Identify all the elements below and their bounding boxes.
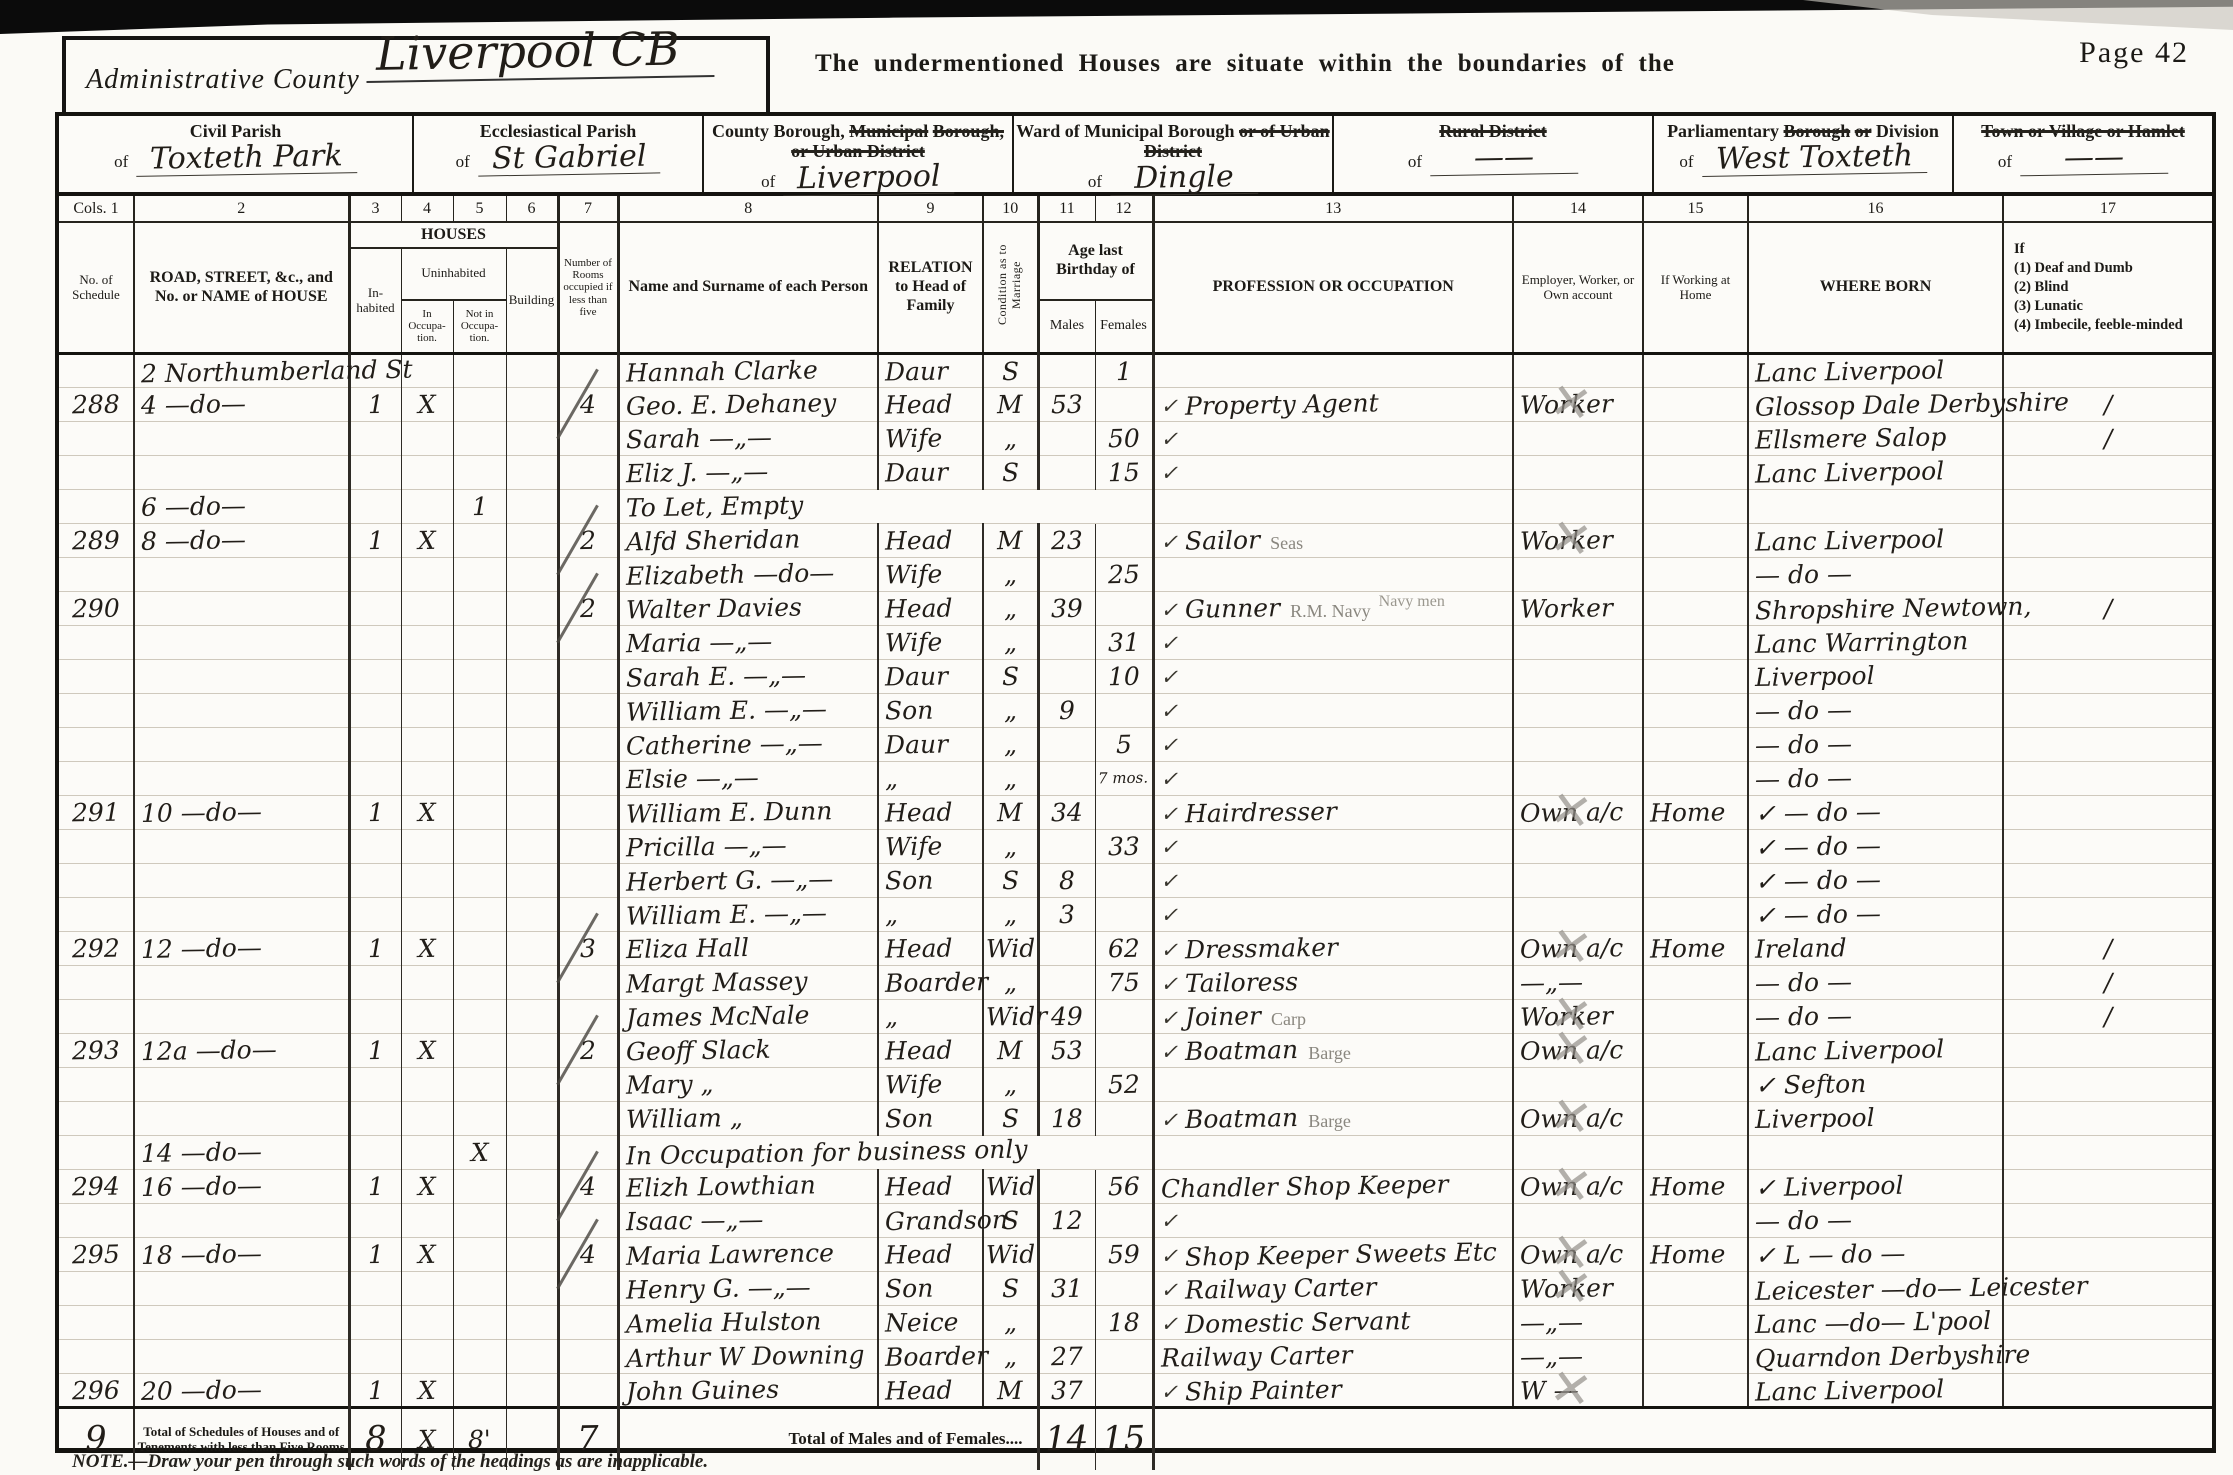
table-row: 2902Walter DaviesHead„39✓GunnerR.M. Navy… bbox=[59, 592, 2212, 626]
cell-h bbox=[1643, 762, 1748, 796]
cell-c: „ bbox=[983, 592, 1038, 626]
cell-r bbox=[134, 898, 349, 932]
cell-e: Worker bbox=[1513, 1000, 1643, 1034]
cell-rm bbox=[558, 728, 618, 762]
scan-artifact-corner bbox=[1803, 0, 2233, 30]
cell-e: —„— bbox=[1513, 1306, 1643, 1340]
table-row: 29212 —do—1X3Eliza HallHeadWid62✓Dressma… bbox=[59, 932, 2212, 966]
cell-h bbox=[1643, 592, 1748, 626]
header-condition: Condition as to Marriage bbox=[983, 222, 1038, 354]
cell-b bbox=[506, 932, 558, 966]
cell-h bbox=[1643, 1204, 1748, 1238]
header-employer: Employer, Worker, or Own account bbox=[1513, 222, 1643, 354]
cell-p: ✓BoatmanBarge bbox=[1153, 1034, 1513, 1068]
cell-h bbox=[1643, 388, 1748, 422]
cell-inf bbox=[2003, 1340, 2212, 1374]
cell-o5 bbox=[453, 1238, 506, 1272]
cell-inf: / bbox=[2003, 966, 2212, 1000]
cell-r bbox=[134, 558, 349, 592]
district-label: Ecclesiastical Parish bbox=[414, 121, 702, 141]
table-row: Henry G. —„—SonS31✓Railway CarterWorkerL… bbox=[59, 1272, 2212, 1306]
cell-e bbox=[1513, 1136, 1643, 1170]
table-row: Isaac —„—GrandsonS12✓— do — bbox=[59, 1204, 2212, 1238]
cell-f: 50 bbox=[1095, 422, 1153, 456]
cell-m bbox=[1038, 932, 1095, 966]
cell-p: ✓ bbox=[1153, 626, 1513, 660]
cell-p: ✓ bbox=[1153, 864, 1513, 898]
cell-c: S bbox=[983, 354, 1038, 388]
cell-n: Maria —„— bbox=[618, 626, 878, 660]
cell-c: Wid bbox=[983, 1238, 1038, 1272]
cell-o5 bbox=[453, 1034, 506, 1068]
cell-p: ✓ bbox=[1153, 694, 1513, 728]
cell-o4: X bbox=[401, 796, 453, 830]
cell-n: Sarah E. —„— bbox=[618, 660, 878, 694]
cell-f: 5 bbox=[1095, 728, 1153, 762]
cell-b bbox=[506, 1068, 558, 1102]
district-value: West Toxteth bbox=[1701, 140, 1927, 176]
cell-r bbox=[134, 728, 349, 762]
cell-b bbox=[506, 1340, 558, 1374]
cell-rm: 2 bbox=[558, 524, 618, 558]
header-home: If Working at Home bbox=[1643, 222, 1748, 354]
cell-m: 8 bbox=[1038, 864, 1095, 898]
cell-n: Margt Massey bbox=[618, 966, 878, 1000]
cell-b bbox=[506, 490, 558, 524]
cell-e: —„— bbox=[1513, 1340, 1643, 1374]
cell-b bbox=[506, 830, 558, 864]
cell-h bbox=[1643, 898, 1748, 932]
cell-c: Widr bbox=[983, 1000, 1038, 1034]
cell-s bbox=[59, 1136, 134, 1170]
cell-s: 291 bbox=[59, 796, 134, 830]
cell-r bbox=[134, 694, 349, 728]
cell-i bbox=[349, 1306, 401, 1340]
cell-inf: / bbox=[2003, 422, 2212, 456]
cell-h: Home bbox=[1643, 1170, 1748, 1204]
cell-w: Glossop Dale Derbyshire bbox=[1748, 388, 2003, 422]
cell-m bbox=[1038, 422, 1095, 456]
cell-m: 37 bbox=[1038, 1374, 1095, 1408]
cell-f: 31 bbox=[1095, 626, 1153, 660]
cell-w: Lanc Liverpool bbox=[1748, 1374, 2003, 1408]
cell-o5 bbox=[453, 422, 506, 456]
cell-p: ✓ bbox=[1153, 762, 1513, 796]
cell-p: ✓ bbox=[1153, 660, 1513, 694]
cell-c: „ bbox=[983, 762, 1038, 796]
cell-o5 bbox=[453, 1340, 506, 1374]
column-number-7: 7 bbox=[558, 196, 618, 222]
table-row: 2898 —do—1X2Alfd SheridanHeadM23✓SailorS… bbox=[59, 524, 2212, 558]
cell-p: ✓SailorSeas bbox=[1153, 524, 1513, 558]
cell-m bbox=[1038, 354, 1095, 388]
cell-inf bbox=[2003, 524, 2212, 558]
cell-n: William E. Dunn bbox=[618, 796, 878, 830]
boundary-sentence: The undermentioned Houses are situate wi… bbox=[815, 50, 1675, 78]
cell-rel: Head bbox=[878, 1034, 983, 1068]
cell-r: 6 —do— bbox=[134, 490, 349, 524]
cell-m: 49 bbox=[1038, 1000, 1095, 1034]
column-number-6: 6 bbox=[506, 196, 558, 222]
cell-s bbox=[59, 728, 134, 762]
cell-rel: Head bbox=[878, 1374, 983, 1408]
cell-f bbox=[1095, 694, 1153, 728]
cell-o4 bbox=[401, 422, 453, 456]
district-cell-2: County Borough, Municipal Borough, or Ur… bbox=[704, 116, 1014, 192]
cell-m: 39 bbox=[1038, 592, 1095, 626]
census-page: Administrative County Liverpool CB The u… bbox=[0, 0, 2233, 1475]
column-number-14: 14 bbox=[1513, 196, 1643, 222]
cell-i bbox=[349, 762, 401, 796]
cell-w: — do — bbox=[1748, 1000, 2003, 1034]
cell-c: „ bbox=[983, 830, 1038, 864]
cell-o5 bbox=[453, 660, 506, 694]
cell-e: Worker bbox=[1513, 1272, 1643, 1306]
cell-rel: Head bbox=[878, 388, 983, 422]
cell-s bbox=[59, 762, 134, 796]
cell-h bbox=[1643, 354, 1748, 388]
cell-i bbox=[349, 558, 401, 592]
cell-h bbox=[1643, 1000, 1748, 1034]
cell-i bbox=[349, 354, 401, 388]
cell-h bbox=[1643, 864, 1748, 898]
cell-rm bbox=[558, 1306, 618, 1340]
cell-w bbox=[1748, 490, 2003, 524]
cell-b bbox=[506, 524, 558, 558]
cell-n: Amelia Hulston bbox=[618, 1306, 878, 1340]
cell-o5 bbox=[453, 524, 506, 558]
cell-w: Lanc Warrington bbox=[1748, 626, 2003, 660]
cell-w: Ireland bbox=[1748, 932, 2003, 966]
cell-n: Elsie —„— bbox=[618, 762, 878, 796]
cell-o4 bbox=[401, 626, 453, 660]
cell-r bbox=[134, 456, 349, 490]
header-inhabited: In-habited bbox=[349, 248, 401, 354]
cell-p: Chandler Shop Keeper bbox=[1153, 1170, 1513, 1204]
cell-e bbox=[1513, 456, 1643, 490]
cell-rel: Daur bbox=[878, 728, 983, 762]
district-cell-0: Civil ParishofToxteth Park bbox=[59, 116, 414, 192]
cell-inf bbox=[2003, 762, 2212, 796]
cell-rel: Wife bbox=[878, 558, 983, 592]
cell-e bbox=[1513, 422, 1643, 456]
cell-c: S bbox=[983, 864, 1038, 898]
table-row: Eliz J. —„—DaurS15✓Lanc Liverpool bbox=[59, 456, 2212, 490]
cell-c: „ bbox=[983, 728, 1038, 762]
cell-s bbox=[59, 354, 134, 388]
cell-h bbox=[1643, 966, 1748, 1000]
cell-o5 bbox=[453, 898, 506, 932]
cell-n: Sarah —„— bbox=[618, 422, 878, 456]
cell-i bbox=[349, 1272, 401, 1306]
census-sheet: Civil ParishofToxteth ParkEcclesiastical… bbox=[55, 112, 2216, 1453]
cell-o4 bbox=[401, 864, 453, 898]
header-males: Males bbox=[1038, 300, 1095, 354]
cell-o5 bbox=[453, 728, 506, 762]
cell-inf bbox=[2003, 456, 2212, 490]
cell-b bbox=[506, 966, 558, 1000]
cell-s bbox=[59, 422, 134, 456]
cell-m: 31 bbox=[1038, 1272, 1095, 1306]
cell-r bbox=[134, 830, 349, 864]
cell-o4: X bbox=[401, 932, 453, 966]
cell-n: William „ bbox=[618, 1102, 878, 1136]
cell-e bbox=[1513, 694, 1643, 728]
cell-o5 bbox=[453, 1272, 506, 1306]
cell-m bbox=[1038, 626, 1095, 660]
cell-w: Lanc Liverpool bbox=[1748, 456, 2003, 490]
cell-h bbox=[1643, 1136, 1748, 1170]
cell-h bbox=[1643, 558, 1748, 592]
cell-o4: X bbox=[401, 524, 453, 558]
table-header: Cols. 1234567891011121314151617 No. of S… bbox=[59, 196, 2212, 354]
cell-b bbox=[506, 796, 558, 830]
district-cell-4: Rural Districtof—— bbox=[1334, 116, 1654, 192]
cell-inf bbox=[2003, 1306, 2212, 1340]
cell-i bbox=[349, 1102, 401, 1136]
cell-rm bbox=[558, 1374, 618, 1408]
cell-o5 bbox=[453, 388, 506, 422]
cell-rel: Wife bbox=[878, 1068, 983, 1102]
cell-b bbox=[506, 898, 558, 932]
cell-inf: / bbox=[2003, 592, 2212, 626]
cell-o5 bbox=[453, 1170, 506, 1204]
cell-r bbox=[134, 762, 349, 796]
cell-n: In Occupation for business only bbox=[618, 1136, 1153, 1170]
cell-b bbox=[506, 762, 558, 796]
cell-rel: „ bbox=[878, 1000, 983, 1034]
cell-m bbox=[1038, 830, 1095, 864]
district-value: —— bbox=[2020, 141, 2169, 176]
cell-rm bbox=[558, 796, 618, 830]
cell-e: Worker bbox=[1513, 388, 1643, 422]
cell-n: Eliz J. —„— bbox=[618, 456, 878, 490]
cell-f: 18 bbox=[1095, 1306, 1153, 1340]
cell-i: 1 bbox=[349, 388, 401, 422]
district-value: Toxteth Park bbox=[136, 140, 357, 176]
cell-p: Railway Carter bbox=[1153, 1340, 1513, 1374]
cell-s: 295 bbox=[59, 1238, 134, 1272]
cell-inf bbox=[2003, 1068, 2212, 1102]
cell-p: ✓Dressmaker bbox=[1153, 932, 1513, 966]
cell-n: Elizh Lowthian bbox=[618, 1170, 878, 1204]
cell-p bbox=[1153, 558, 1513, 592]
cell-o5 bbox=[453, 966, 506, 1000]
cell-c: S bbox=[983, 456, 1038, 490]
cell-o5 bbox=[453, 694, 506, 728]
cell-rel: Head bbox=[878, 592, 983, 626]
cell-f: 52 bbox=[1095, 1068, 1153, 1102]
cell-w: — do — bbox=[1748, 728, 2003, 762]
cell-p: ✓JoinerCarp bbox=[1153, 1000, 1513, 1034]
cell-w: Quarndon Derbyshire bbox=[1748, 1340, 2003, 1374]
cell-r: 2 Northumberland St bbox=[134, 354, 349, 388]
cell-s: 293 bbox=[59, 1034, 134, 1068]
cell-c: Wid bbox=[983, 1170, 1038, 1204]
district-cell-5: Parliamentary Borough or DivisionofWest … bbox=[1654, 116, 1954, 192]
cell-p: ✓Tailoress bbox=[1153, 966, 1513, 1000]
cell-inf bbox=[2003, 728, 2212, 762]
cell-f: 75 bbox=[1095, 966, 1153, 1000]
table-row: Sarah E. —„—DaurS10✓Liverpool bbox=[59, 660, 2212, 694]
cell-r bbox=[134, 1102, 349, 1136]
cell-s bbox=[59, 1204, 134, 1238]
header-profession: PROFESSION OR OCCUPATION bbox=[1153, 222, 1513, 354]
cell-rm bbox=[558, 660, 618, 694]
cell-h bbox=[1643, 1034, 1748, 1068]
cell-rel: Daur bbox=[878, 660, 983, 694]
column-number-10: 10 bbox=[983, 196, 1038, 222]
cell-rm: 4 bbox=[558, 1170, 618, 1204]
cell-f bbox=[1095, 524, 1153, 558]
cell-n: William E. —„— bbox=[618, 694, 878, 728]
district-header-row: Civil ParishofToxteth ParkEcclesiastical… bbox=[59, 116, 2212, 196]
cell-inf bbox=[2003, 1170, 2212, 1204]
cell-rel: Wife bbox=[878, 626, 983, 660]
cell-n: Henry G. —„— bbox=[618, 1272, 878, 1306]
cell-f: 56 bbox=[1095, 1170, 1153, 1204]
cell-h bbox=[1643, 830, 1748, 864]
table-row: Maria —„—Wife„31✓Lanc Warrington bbox=[59, 626, 2212, 660]
cell-inf bbox=[2003, 898, 2212, 932]
cell-f: 7 mos. bbox=[1095, 762, 1153, 796]
header-uninhabited: Uninhabited bbox=[401, 248, 506, 300]
cell-i bbox=[349, 490, 401, 524]
cell-o4 bbox=[401, 1000, 453, 1034]
cell-rel: Neice bbox=[878, 1306, 983, 1340]
cell-e: Own a/c bbox=[1513, 1170, 1643, 1204]
cell-e: Own a/c bbox=[1513, 932, 1643, 966]
cell-o4 bbox=[401, 592, 453, 626]
cell-rm bbox=[558, 864, 618, 898]
cell-c: M bbox=[983, 1374, 1038, 1408]
cell-h bbox=[1643, 1068, 1748, 1102]
header-not-in-occupation: Not in Occupa-tion. bbox=[453, 300, 506, 354]
cell-inf bbox=[2003, 1238, 2212, 1272]
cell-m bbox=[1038, 660, 1095, 694]
cell-rm bbox=[558, 1272, 618, 1306]
cell-r bbox=[134, 422, 349, 456]
cell-rel: Head bbox=[878, 1170, 983, 1204]
cell-rel: Head bbox=[878, 524, 983, 558]
table-row: 29416 —do—1X4Elizh LowthianHeadWid56Chan… bbox=[59, 1170, 2212, 1204]
administrative-county-label: Administrative County bbox=[86, 64, 360, 96]
district-cell-1: Ecclesiastical ParishofSt Gabriel bbox=[414, 116, 704, 192]
cell-o4 bbox=[401, 694, 453, 728]
cell-i bbox=[349, 1068, 401, 1102]
table-row: William E. —„—„„3✓✓ — do — bbox=[59, 898, 2212, 932]
cell-s bbox=[59, 558, 134, 592]
cell-w: ✓ — do — bbox=[1748, 864, 2003, 898]
cell-o4: X bbox=[401, 1170, 453, 1204]
cell-f bbox=[1095, 796, 1153, 830]
cell-o4 bbox=[401, 1068, 453, 1102]
cell-e bbox=[1513, 490, 1643, 524]
cell-f bbox=[1095, 592, 1153, 626]
table-row: Amelia HulstonNeice„18✓Domestic Servant—… bbox=[59, 1306, 2212, 1340]
column-number-3: 3 bbox=[349, 196, 401, 222]
cell-r: 4 —do— bbox=[134, 388, 349, 422]
cell-o5 bbox=[453, 1000, 506, 1034]
cell-c: „ bbox=[983, 966, 1038, 1000]
cell-h: Home bbox=[1643, 932, 1748, 966]
cell-m bbox=[1038, 558, 1095, 592]
cell-n: Eliza Hall bbox=[618, 932, 878, 966]
cell-h bbox=[1643, 1306, 1748, 1340]
cell-s bbox=[59, 1102, 134, 1136]
header-houses: HOUSES bbox=[349, 222, 558, 248]
cell-o4: X bbox=[401, 1238, 453, 1272]
cell-r bbox=[134, 660, 349, 694]
column-numbers-row: Cols. 1234567891011121314151617 bbox=[59, 196, 2212, 222]
cell-n: Geo. E. Dehaney bbox=[618, 388, 878, 422]
cell-w: ✓ — do — bbox=[1748, 796, 2003, 830]
cell-f: 33 bbox=[1095, 830, 1153, 864]
cell-c: S bbox=[983, 1204, 1038, 1238]
table-row: 6 —do—1To Let, Empty bbox=[59, 490, 2212, 524]
cell-e bbox=[1513, 864, 1643, 898]
cell-n: James McNale bbox=[618, 1000, 878, 1034]
cell-o4 bbox=[401, 558, 453, 592]
cell-c: „ bbox=[983, 558, 1038, 592]
table-row: 2884 —do—1X4Geo. E. DehaneyHeadM53✓Prope… bbox=[59, 388, 2212, 422]
cell-w: — do — bbox=[1748, 558, 2003, 592]
table-row: Mary „Wife„52✓ Sefton bbox=[59, 1068, 2212, 1102]
cell-rel: Daur bbox=[878, 456, 983, 490]
cell-s: 296 bbox=[59, 1374, 134, 1408]
cell-b bbox=[506, 1374, 558, 1408]
district-label: Rural District bbox=[1334, 121, 1652, 141]
cell-o4 bbox=[401, 728, 453, 762]
cell-o4 bbox=[401, 762, 453, 796]
cell-h bbox=[1643, 1340, 1748, 1374]
cell-c: S bbox=[983, 1102, 1038, 1136]
table-row: 29518 —do—1X4Maria LawrenceHeadWid59✓Sho… bbox=[59, 1238, 2212, 1272]
cell-o5 bbox=[453, 592, 506, 626]
cell-i bbox=[349, 660, 401, 694]
table-row: 2 Northumberland StHannah ClarkeDaurS1La… bbox=[59, 354, 2212, 388]
cell-f bbox=[1095, 864, 1153, 898]
cell-n: Elizabeth —do— bbox=[618, 558, 878, 592]
cell-w: Lanc Liverpool bbox=[1748, 354, 2003, 388]
cell-b bbox=[506, 1102, 558, 1136]
column-number-4: 4 bbox=[401, 196, 453, 222]
cell-rm bbox=[558, 1068, 618, 1102]
cell-e: Own a/c bbox=[1513, 1034, 1643, 1068]
cell-m bbox=[1038, 728, 1095, 762]
cell-r: 16 —do— bbox=[134, 1170, 349, 1204]
cell-f: 62 bbox=[1095, 932, 1153, 966]
cell-m: 53 bbox=[1038, 1034, 1095, 1068]
column-number-5: 5 bbox=[453, 196, 506, 222]
cell-rm bbox=[558, 1102, 618, 1136]
header-relation: RELATION to Head of Family bbox=[878, 222, 983, 354]
column-number-15: 15 bbox=[1643, 196, 1748, 222]
cell-s: 292 bbox=[59, 932, 134, 966]
cell-rm bbox=[558, 1340, 618, 1374]
cell-e bbox=[1513, 1204, 1643, 1238]
cell-i bbox=[349, 1000, 401, 1034]
cell-e: Own a/c bbox=[1513, 796, 1643, 830]
cell-inf bbox=[2003, 490, 2212, 524]
cell-r bbox=[134, 592, 349, 626]
cell-o4 bbox=[401, 1204, 453, 1238]
cell-h bbox=[1643, 1102, 1748, 1136]
cell-f bbox=[1095, 1034, 1153, 1068]
cell-p bbox=[1153, 354, 1513, 388]
cell-n: Maria Lawrence bbox=[618, 1238, 878, 1272]
cell-b bbox=[506, 422, 558, 456]
